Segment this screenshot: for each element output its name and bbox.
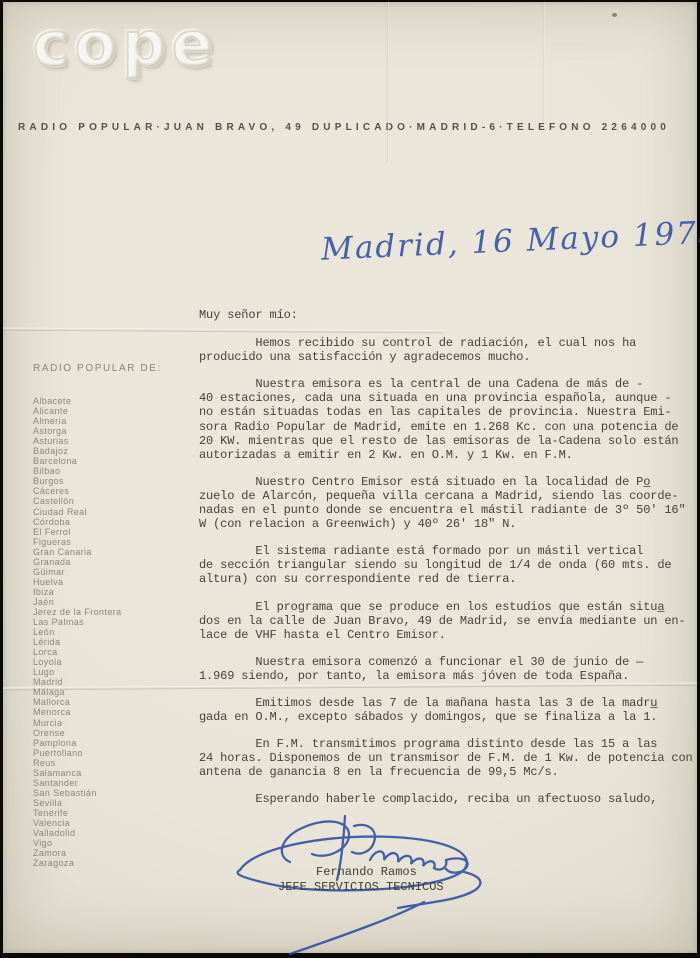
station-item: Almería	[33, 416, 162, 426]
text-line: producido una satisfacción y agradecemos…	[199, 350, 699, 364]
text-line: Hemos recibido su control de radiación, …	[199, 336, 699, 350]
station-item: El Ferrol	[33, 527, 162, 537]
station-item: Orense	[33, 728, 162, 738]
handwritten-date: Madrid, 16 Mayo 1973	[320, 214, 700, 267]
paragraph: Nuestro Centro Emisor está situado en la…	[199, 475, 699, 531]
station-item: Figueras	[33, 537, 162, 547]
station-item: Ciudad Real	[33, 507, 162, 517]
text-line: altura) con su correspondiente red de ti…	[199, 572, 699, 586]
station-item: Castellón	[33, 496, 162, 506]
station-item: Tenerife	[33, 808, 162, 818]
station-item: Ibiza	[33, 587, 162, 597]
station-item: Lérida	[33, 637, 162, 647]
text-line: autorizadas a emitir en 2 Kw. en O.M. y …	[199, 448, 699, 462]
cope-logo: cope	[33, 14, 219, 76]
station-item: Mallorca	[33, 697, 162, 707]
text-line: dos en la calle de Juan Bravo, 49 de Mad…	[199, 614, 699, 628]
text-line: En F.M. transmitimos programa distinto d…	[199, 737, 699, 751]
fold-crease	[387, 2, 389, 162]
paragraph: Nuestra emisora es la central de una Cad…	[199, 377, 699, 462]
paragraph: Hemos recibido su control de radiación, …	[199, 336, 699, 364]
station-item: Las Palmas	[33, 617, 162, 627]
station-item: Santander	[33, 778, 162, 788]
station-item: San Sebastián	[33, 788, 162, 798]
station-item: Gran Canaria	[33, 547, 162, 557]
station-item: Sevilla	[33, 798, 162, 808]
text-line: antena de ganancia 8 en la frecuencia de…	[199, 765, 699, 779]
letterhead-address: RADIO POPULAR·JUAN BRAVO, 49 DUPLICADO·M…	[18, 122, 698, 133]
text-line: 40 estaciones, cada una situada en una p…	[199, 391, 699, 405]
station-list-sidebar: RADIO POPULAR DE: AlbaceteAlicanteAlmerí…	[33, 363, 162, 868]
paragraph: El sistema radiante está formado por un …	[199, 544, 699, 586]
station-item: León	[33, 627, 162, 637]
fold-crease	[543, 2, 545, 127]
station-list: AlbaceteAlicanteAlmeríaAstorgaAsturiasBa…	[33, 396, 162, 868]
station-item: Granada	[33, 557, 162, 567]
station-item: Puertollano	[33, 748, 162, 758]
text-line: Esperando haberle complacido, reciba un …	[199, 792, 699, 806]
text-line: 20 KW. mientras que el resto de las emis…	[199, 434, 699, 448]
station-item: Córdoba	[33, 517, 162, 527]
text-line: lace de VHF hasta el Centro Emisor.	[199, 628, 699, 642]
station-item: Vigo	[33, 838, 162, 848]
signer-name: Fernando Ramos	[278, 865, 444, 880]
letter-body: Muy señor mío: Hemos recibido su control…	[199, 308, 699, 820]
station-item: Zamora	[33, 848, 162, 858]
station-item: Astorga	[33, 426, 162, 436]
text-line: Nuestro Centro Emisor está situado en la…	[199, 475, 699, 489]
station-item: Albacete	[33, 396, 162, 406]
text-line: no están situadas todas en las capitales…	[199, 405, 699, 419]
paragraph: Esperando haberle complacido, reciba un …	[199, 792, 699, 806]
station-item: Huelva	[33, 577, 162, 587]
station-item: Valladolid	[33, 828, 162, 838]
station-item: Jerez de la Frontera	[33, 607, 162, 617]
station-item: Lugo	[33, 667, 162, 677]
station-item: Bilbao	[33, 466, 162, 476]
station-item: Cáceres	[33, 486, 162, 496]
salutation: Muy señor mío:	[199, 308, 699, 322]
station-item: Alicante	[33, 406, 162, 416]
text-line: Emitimos desde las 7 de la mañana hasta …	[199, 696, 699, 710]
paragraph: El programa que se produce en los estudi…	[199, 600, 699, 642]
signer-title: JEFE SERVICIOS TECNICOS	[278, 880, 444, 895]
station-item: Barcelona	[33, 456, 162, 466]
station-item: Málaga	[33, 687, 162, 697]
station-item: Menorca	[33, 707, 162, 717]
text-line: El programa que se produce en los estudi…	[199, 600, 699, 614]
station-item: Murcia	[33, 718, 162, 728]
station-item: Pamplona	[33, 738, 162, 748]
station-item: Loyola	[33, 657, 162, 667]
text-line: 1.969 siendo, por tanto, la emisora más …	[199, 669, 699, 683]
scan-speck	[612, 13, 617, 17]
station-item: Badajoz	[33, 446, 162, 456]
paragraph: En F.M. transmitimos programa distinto d…	[199, 737, 699, 779]
station-item: Burgos	[33, 476, 162, 486]
text-line: Nuestra emisora comenzó a funcionar el 3…	[199, 655, 699, 669]
text-line: 24 horas. Disponemos de un transmisor de…	[199, 751, 699, 765]
station-item: Valencia	[33, 818, 162, 828]
text-line: nadas en el punto donde se encuentra el …	[199, 503, 699, 517]
station-item: Madrid	[33, 677, 162, 687]
station-item: Jaén	[33, 597, 162, 607]
paragraph: Nuestra emisora comenzó a funcionar el 3…	[199, 655, 699, 683]
station-item: Salamanca	[33, 768, 162, 778]
text-line: sora Radio Popular de Madrid, emite en 1…	[199, 420, 699, 434]
text-line: zuelo de Alarcón, pequeña villa cercana …	[199, 489, 699, 503]
text-line: W (con relacion a Greenwich) y 40º 26' 1…	[199, 517, 699, 531]
text-line: de sección triangular siendo su longitud…	[199, 558, 699, 572]
station-item: Reus	[33, 758, 162, 768]
text-line: Nuestra emisora es la central de una Cad…	[199, 377, 699, 391]
station-item: Lorca	[33, 647, 162, 657]
paragraph: Emitimos desde las 7 de la mañana hasta …	[199, 696, 699, 724]
paragraphs: Hemos recibido su control de radiación, …	[199, 336, 699, 806]
text-line: gada en O.M., excepto sábados y domingos…	[199, 710, 699, 724]
scanned-letter-page: cope RADIO POPULAR·JUAN BRAVO, 49 DUPLIC…	[3, 2, 697, 953]
signature-block: Fernando Ramos JEFE SERVICIOS TECNICOS	[278, 865, 444, 894]
text-line: El sistema radiante está formado por un …	[199, 544, 699, 558]
station-item: Zaragoza	[33, 858, 162, 868]
sidebar-heading: RADIO POPULAR DE:	[33, 363, 162, 374]
station-item: Güimar	[33, 567, 162, 577]
station-item: Asturias	[33, 436, 162, 446]
